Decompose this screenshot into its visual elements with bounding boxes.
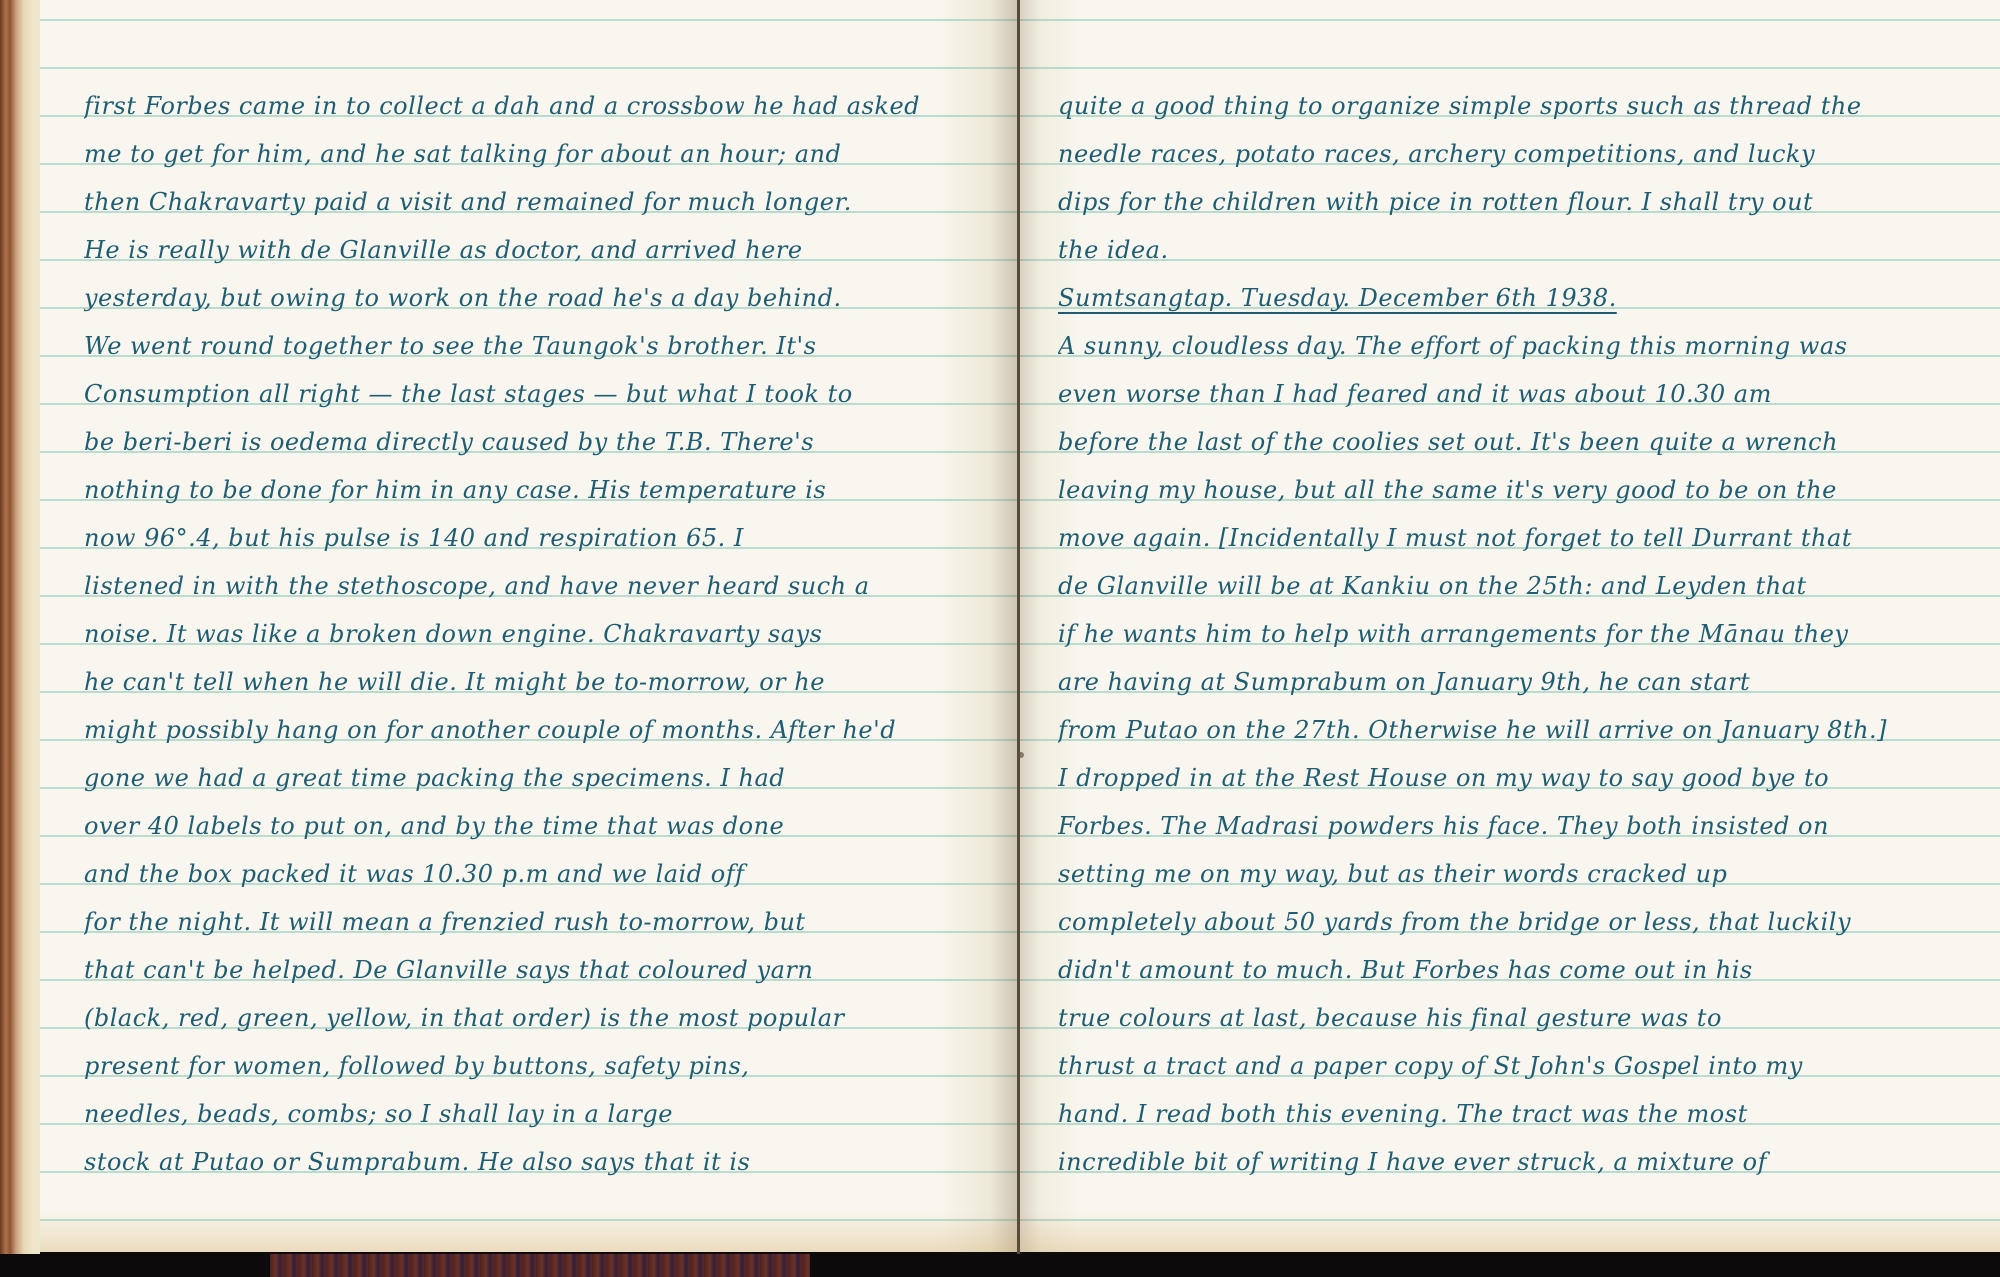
entry-heading: Sumtsangtap. Tuesday. December 6th 1938. bbox=[1058, 274, 1978, 322]
text-line: now 96°.4, but his pulse is 140 and resp… bbox=[84, 514, 984, 562]
book-bottom-edge bbox=[0, 1254, 2000, 1277]
text-line: I dropped in at the Rest House on my way… bbox=[1058, 754, 1978, 802]
text-line: Consumption all right — the last stages … bbox=[84, 370, 984, 418]
text-line: present for women, followed by buttons, … bbox=[84, 1042, 984, 1090]
text-line: and the box packed it was 10.30 p.m and … bbox=[84, 850, 984, 898]
text-line: gone we had a great time packing the spe… bbox=[84, 754, 984, 802]
diary-spread: first Forbes came in to collect a dah an… bbox=[0, 0, 2000, 1258]
text-line: from Putao on the 27th. Otherwise he wil… bbox=[1058, 706, 1978, 754]
text-line: completely about 50 yards from the bridg… bbox=[1058, 898, 1978, 946]
text-line: first Forbes came in to collect a dah an… bbox=[84, 82, 984, 130]
text-line: me to get for him, and he sat talking fo… bbox=[84, 130, 984, 178]
ink-spot bbox=[1020, 752, 1024, 758]
text-line: over 40 labels to put on, and by the tim… bbox=[84, 802, 984, 850]
text-line: de Glanville will be at Kankiu on the 25… bbox=[1058, 562, 1978, 610]
text-line: before the last of the coolies set out. … bbox=[1058, 418, 1978, 466]
text-line: that can't be helped. De Glanville says … bbox=[84, 946, 984, 994]
text-line: even worse than I had feared and it was … bbox=[1058, 370, 1978, 418]
text-line: listened in with the stethoscope, and ha… bbox=[84, 562, 984, 610]
book-page-edges bbox=[0, 0, 40, 1258]
right-page-text: quite a good thing to organize simple sp… bbox=[1058, 82, 1978, 1186]
text-line: true colours at last, because his final … bbox=[1058, 994, 1978, 1042]
text-line: Forbes. The Madrasi powders his face. Th… bbox=[1058, 802, 1978, 850]
text-line: might possibly hang on for another coupl… bbox=[84, 706, 984, 754]
text-line: quite a good thing to organize simple sp… bbox=[1058, 82, 1978, 130]
text-line: leaving my house, but all the same it's … bbox=[1058, 466, 1978, 514]
text-line: are having at Sumprabum on January 9th, … bbox=[1058, 658, 1978, 706]
text-line: dips for the children with pice in rotte… bbox=[1058, 178, 1978, 226]
cloth-binding bbox=[270, 1254, 810, 1277]
text-line: move again. [Incidentally I must not for… bbox=[1058, 514, 1978, 562]
text-line: We went round together to see the Taungo… bbox=[84, 322, 984, 370]
text-line: hand. I read both this evening. The trac… bbox=[1058, 1090, 1978, 1138]
text-line: A sunny, cloudless day. The effort of pa… bbox=[1058, 322, 1978, 370]
text-line: he can't tell when he will die. It might… bbox=[84, 658, 984, 706]
text-line: if he wants him to help with arrangement… bbox=[1058, 610, 1978, 658]
left-page-text: first Forbes came in to collect a dah an… bbox=[84, 82, 984, 1186]
text-line: then Chakravarty paid a visit and remain… bbox=[84, 178, 984, 226]
text-line: incredible bit of writing I have ever st… bbox=[1058, 1138, 1978, 1186]
text-line: stock at Putao or Sumprabum. He also say… bbox=[84, 1138, 984, 1186]
text-line: thrust a tract and a paper copy of St Jo… bbox=[1058, 1042, 1978, 1090]
text-line: needles, beads, combs; so I shall lay in… bbox=[84, 1090, 984, 1138]
text-line: (black, red, green, yellow, in that orde… bbox=[84, 994, 984, 1042]
text-line: setting me on my way, but as their words… bbox=[1058, 850, 1978, 898]
left-page: first Forbes came in to collect a dah an… bbox=[40, 0, 1018, 1252]
text-line: yesterday, but owing to work on the road… bbox=[84, 274, 984, 322]
text-line: noise. It was like a broken down engine.… bbox=[84, 610, 984, 658]
text-line: for the night. It will mean a frenzied r… bbox=[84, 898, 984, 946]
text-line: the idea. bbox=[1058, 226, 1978, 274]
text-line: needle races, potato races, archery comp… bbox=[1058, 130, 1978, 178]
text-line: He is really with de Glanville as doctor… bbox=[84, 226, 984, 274]
text-line: be beri-beri is oedema directly caused b… bbox=[84, 418, 984, 466]
text-line: didn't amount to much. But Forbes has co… bbox=[1058, 946, 1978, 994]
text-line: nothing to be done for him in any case. … bbox=[84, 466, 984, 514]
right-page: quite a good thing to organize simple sp… bbox=[1020, 0, 2000, 1252]
